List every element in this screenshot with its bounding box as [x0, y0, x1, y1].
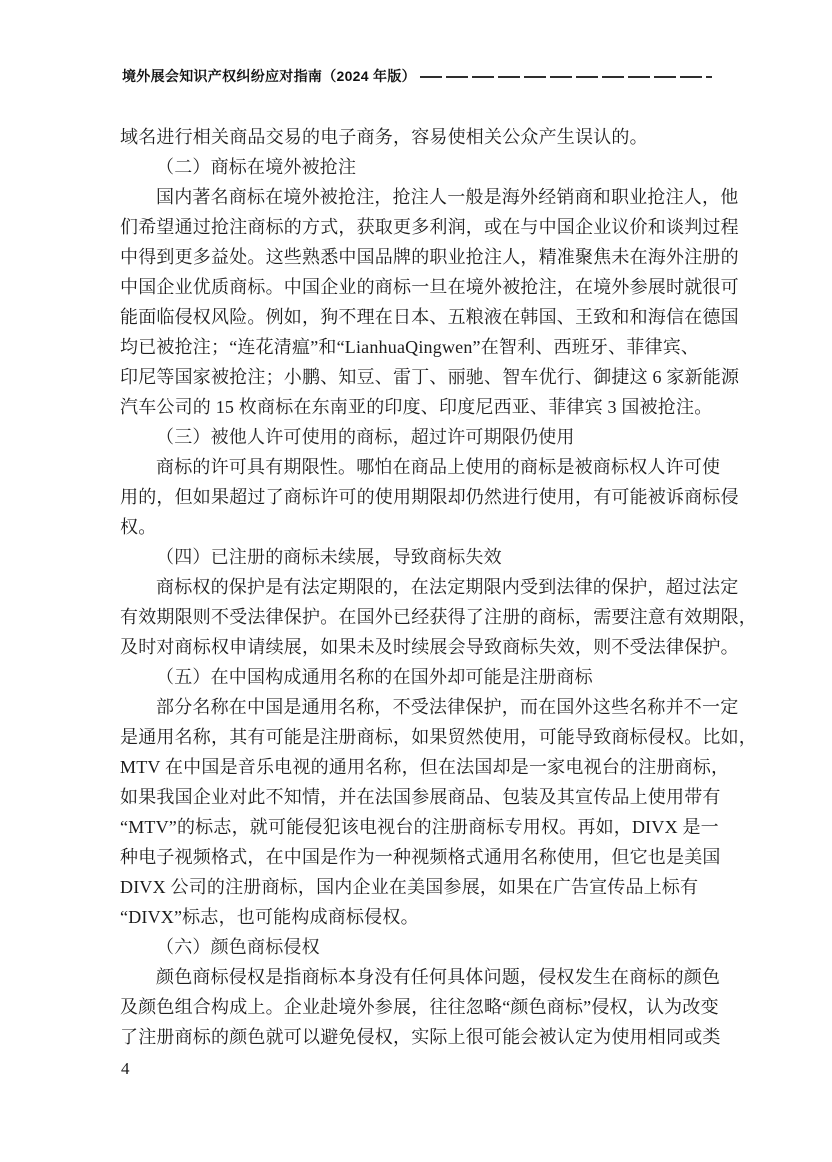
- text-line: DIVX 公司的注册商标，国内企业在美国参展，如果在广告宣传品上标有: [120, 872, 718, 902]
- header-title: 境外展会知识产权纠纷应对指南（2024 年版）: [122, 66, 416, 86]
- text-line: 国内著名商标在境外被抢注，抢注人一般是海外经销商和职业抢注人，他: [120, 182, 718, 212]
- text-line: 印尼等国家被抢注；小鹏、知豆、雷丁、丽驰、智车优行、御捷这 6 家新能源: [120, 362, 718, 392]
- text-line: 了注册商标的颜色就可以避免侵权，实际上很可能会被认定为使用相同或类: [120, 1022, 718, 1052]
- section-heading: （二）商标在境外被抢注: [120, 152, 718, 182]
- text-line: 种电子视频格式，在中国是作为一种视频格式通用名称使用，但它也是美国: [120, 842, 718, 872]
- document-page: 境外展会知识产权纠纷应对指南（2024 年版） 域名进行相关商品交易的电子商务，…: [0, 0, 832, 1162]
- text-line: 汽车公司的 15 枚商标在东南亚的印度、印度尼西亚、菲律宾 3 国被抢注。: [120, 392, 718, 422]
- text-line: 颜色商标侵权是指商标本身没有任何具体问题，侵权发生在商标的颜色: [120, 962, 718, 992]
- text-line: 域名进行相关商品交易的电子商务，容易使相关公众产生误认的。: [120, 122, 718, 152]
- page-number: 4: [121, 1057, 130, 1081]
- text-line: “MTV”的标志，就可能侵犯该电视台的注册商标专用权。再如，DIVX 是一: [120, 812, 718, 842]
- text-line: 们希望通过抢注商标的方式，获取更多利润，或在与中国企业议价和谈判过程: [120, 212, 718, 242]
- text-line: 商标权的保护是有法定期限的，在法定期限内受到法律的保护，超过法定: [120, 572, 718, 602]
- text-line: 有效期限则不受法律保护。在国外已经获得了注册的商标，需要注意有效期限，: [120, 602, 718, 632]
- document-body: 域名进行相关商品交易的电子商务，容易使相关公众产生误认的。（二）商标在境外被抢注…: [120, 122, 718, 1052]
- section-heading: （五）在中国构成通用名称的在国外却可能是注册商标: [120, 662, 718, 692]
- text-line: 部分名称在中国是通用名称，不受法律保护，而在国外这些名称并不一定: [120, 692, 718, 722]
- text-line: 能面临侵权风险。例如，狗不理在日本、五粮液在韩国、王致和和海信在德国: [120, 302, 718, 332]
- section-heading: （六）颜色商标侵权: [120, 932, 718, 962]
- text-line: 中得到更多益处。这些熟悉中国品牌的职业抢注人，精准聚焦未在海外注册的: [120, 242, 718, 272]
- text-line: 权。: [120, 512, 718, 542]
- header-rule: [420, 76, 712, 78]
- text-line: 用的，但如果超过了商标许可的使用期限却仍然进行使用，有可能被诉商标侵: [120, 482, 718, 512]
- text-line: 均已被抢注；“连花清瘟”和“LianhuaQingwen”在智利、西班牙、菲律宾…: [120, 332, 718, 362]
- text-line: 中国企业优质商标。中国企业的商标一旦在境外被抢注，在境外参展时就很可: [120, 272, 718, 302]
- text-line: “DIVX”标志，也可能构成商标侵权。: [120, 902, 718, 932]
- text-line: 如果我国企业对此不知情，并在法国参展商品、包装及其宣传品上使用带有: [120, 782, 718, 812]
- section-heading: （四）已注册的商标未续展，导致商标失效: [120, 542, 718, 572]
- text-line: 商标的许可具有期限性。哪怕在商品上使用的商标是被商标权人许可使: [120, 452, 718, 482]
- text-line: 及时对商标权申请续展，如果未及时续展会导致商标失效，则不受法律保护。: [120, 632, 718, 662]
- text-line: 是通用名称，其有可能是注册商标，如果贸然使用，可能导致商标侵权。比如，: [120, 722, 718, 752]
- text-line: MTV 在中国是音乐电视的通用名称，但在法国却是一家电视台的注册商标，: [120, 752, 718, 782]
- section-heading: （三）被他人许可使用的商标，超过许可期限仍使用: [120, 422, 718, 452]
- page-header: 境外展会知识产权纠纷应对指南（2024 年版）: [122, 66, 714, 86]
- text-line: 及颜色组合构成上。企业赴境外参展，往往忽略“颜色商标”侵权，认为改变: [120, 992, 718, 1022]
